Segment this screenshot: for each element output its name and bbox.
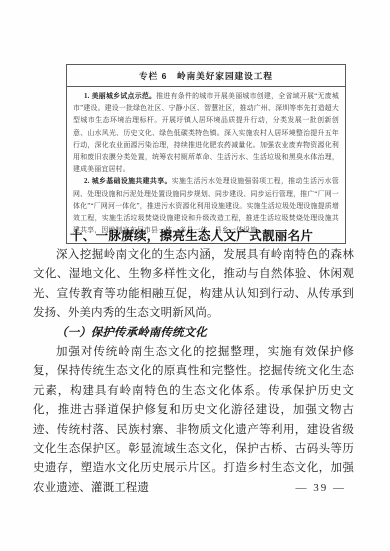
- subsection-paragraph: 加强对传统岭南生态文化的挖掘整理，实施有效保护修复，保持传统生态文化的原真性和完…: [33, 343, 354, 498]
- section-body: 深入挖掘岭南文化的生态内涵，发展具有岭南特色的森林文化、湿地文化、生物多样性文化…: [33, 246, 354, 498]
- panel-title: 专栏 6 岭南美好家园建设工程: [67, 65, 345, 87]
- page-number: — 39 —: [296, 482, 347, 494]
- document-page: 专栏 6 岭南美好家园建设工程 1. 美丽城乡试点示范。推进有条件的城市开展美丽…: [0, 0, 390, 551]
- subsection-heading: （一）保护传承岭南传统文化: [33, 324, 354, 343]
- section-heading: 十、一脉赓续，擦亮生态人文广式靓丽名片: [33, 226, 355, 244]
- panel-paragraph-lead: 2. 城乡基础设施共建共享。: [84, 178, 172, 185]
- panel-paragraph-text: 推进有条件的城市开展美丽城市创建，全省域开展“无废城市”建设。建设一批绿色社区、…: [73, 93, 339, 173]
- special-column-panel: 专栏 6 岭南美好家园建设工程 1. 美丽城乡试点示范。推进有条件的城市开展美丽…: [66, 64, 346, 244]
- section-intro-paragraph: 深入挖掘岭南文化的生态内涵，发展具有岭南特色的森林文化、湿地文化、生物多样性文化…: [33, 246, 354, 324]
- panel-body: 1. 美丽城乡试点示范。推进有条件的城市开展美丽城市创建，全省域开展“无废城市”…: [67, 87, 345, 243]
- panel-paragraph: 1. 美丽城乡试点示范。推进有条件的城市开展美丽城市创建，全省域开展“无废城市”…: [73, 91, 339, 176]
- panel-paragraph-lead: 1. 美丽城乡试点示范。: [84, 93, 156, 100]
